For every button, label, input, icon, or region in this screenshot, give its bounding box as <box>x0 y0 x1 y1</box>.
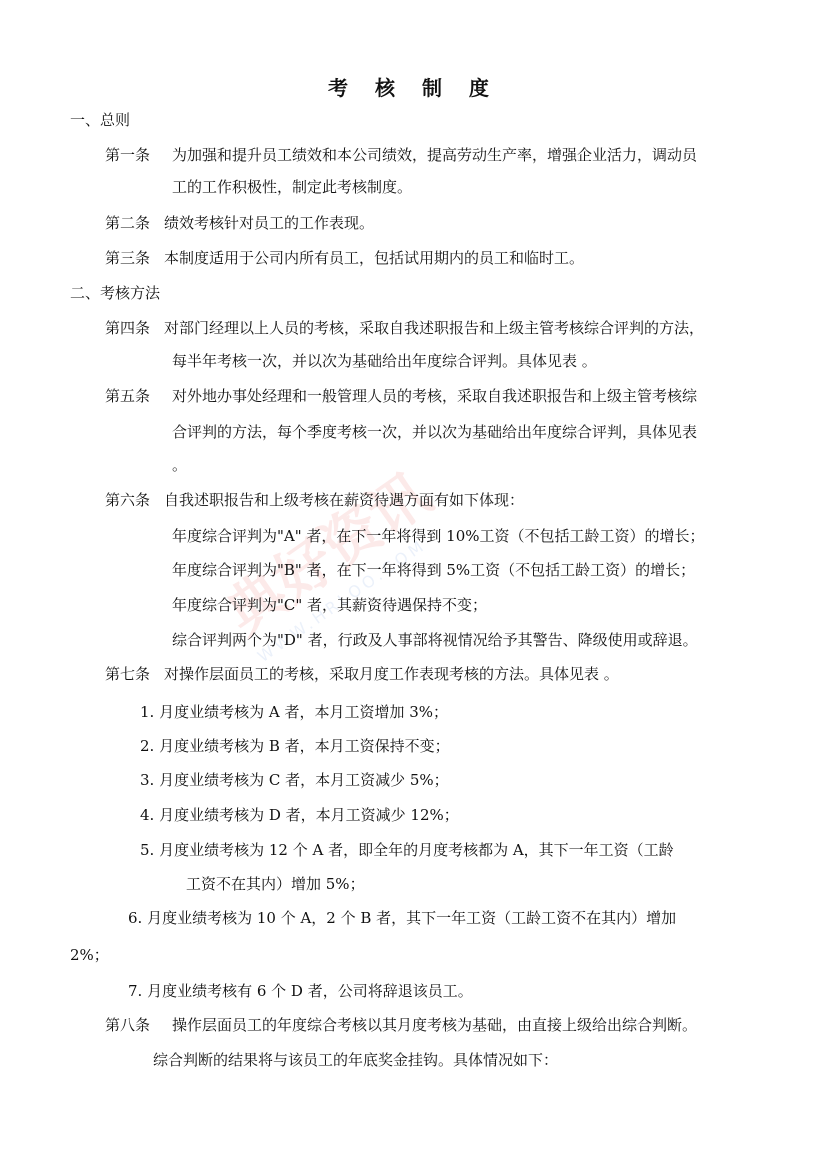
article-label-7: 第七条 <box>105 664 150 684</box>
article-6-item-d: 综合评判两个为"D" 者，行政及人事部将视情况给予其警告、降级使用或辞退。 <box>172 630 698 650</box>
section-heading-methods: 二、考核方法 <box>70 283 160 303</box>
article-label-8: 第八条 <box>105 1015 150 1035</box>
article-1-line-2: 工的工作积极性，制定此考核制度。 <box>172 177 412 197</box>
article-4-line-2: 每半年考核一次，并以次为基础给出年度综合评判。具体见表 。 <box>172 351 597 371</box>
article-8-line-2: 综合判断的结果将与该员工的年底奖金挂钩。具体情况如下： <box>153 1050 558 1070</box>
article-7-item-2: 2. 月度业绩考核为 B 者，本月工资保持不变； <box>140 736 450 756</box>
article-label-3: 第三条 <box>105 248 150 268</box>
article-8-line-1: 操作层面员工的年度综合考核以其月度考核为基础，由直接上级给出综合判断。 <box>172 1015 697 1035</box>
article-6-item-c: 年度综合评判为"C" 者，其薪资待遇保持不变； <box>172 595 487 615</box>
article-5-line-2: 合评判的方法，每个季度考核一次，并以次为基础给出年度综合评判，具体见表 <box>172 422 697 442</box>
article-7-item-6: 6. 月度业绩考核为 10 个 A，2 个 B 者，其下一年工资（工龄工资不在其… <box>128 908 676 928</box>
article-5-line-1: 对外地办事处经理和一般管理人员的考核，采取自我述职报告和上级主管考核综 <box>172 386 697 406</box>
article-label-4: 第四条 <box>105 318 150 338</box>
article-7-item-7: 7. 月度业绩考核有 6 个 D 者，公司将辞退该员工。 <box>128 981 473 1001</box>
article-3-line-1: 本制度适用于公司内所有员工，包括试用期内的员工和临时工。 <box>164 248 584 268</box>
document-page: 典好资讯 WWW.HRLOO.COM 考 核 制 度 一、总则 第一条 为加强和… <box>0 0 827 1169</box>
article-label-1: 第一条 <box>105 145 150 165</box>
article-label-6: 第六条 <box>105 490 150 510</box>
article-label-2: 第二条 <box>105 213 150 233</box>
article-label-5: 第五条 <box>105 386 150 406</box>
article-7-item-5-cont: 工资不在其内）增加 5%； <box>186 874 365 894</box>
article-6-item-b: 年度综合评判为"B" 者，在下一年将得到 5%工资（不包括工龄工资）的增长； <box>172 560 695 580</box>
article-5-line-3: 。 <box>172 455 187 475</box>
article-7-item-5: 5. 月度业绩考核为 12 个 A 者，即全年的月度考核都为 A，其下一年工资（… <box>140 840 674 860</box>
article-6-line-1: 自我述职报告和上级考核在薪资待遇方面有如下体现： <box>164 490 524 510</box>
article-7-item-6-cont: 2%； <box>70 945 109 965</box>
article-6-item-a: 年度综合评判为"A" 者，在下一年将得到 10%工资（不包括工龄工资）的增长； <box>172 526 705 546</box>
document-title: 考 核 制 度 <box>0 72 827 101</box>
article-7-item-4: 4. 月度业绩考核为 D 者，本月工资减少 12%； <box>140 805 459 825</box>
article-4-line-1: 对部门经理以上人员的考核，采取自我述职报告和上级主管考核综合评判的方法， <box>164 318 704 338</box>
article-2-line-1: 绩效考核针对员工的工作表现。 <box>164 213 374 233</box>
article-7-item-1: 1. 月度业绩考核为 A 者，本月工资增加 3%； <box>140 702 448 722</box>
article-1-line-1: 为加强和提升员工绩效和本公司绩效，提高劳动生产率，增强企业活力，调动员 <box>172 145 697 165</box>
article-7-line-1: 对操作层面员工的考核，采取月度工作表现考核的方法。具体见表 。 <box>164 664 619 684</box>
section-heading-general: 一、总则 <box>70 110 130 130</box>
article-7-item-3: 3. 月度业绩考核为 C 者，本月工资减少 5%； <box>140 770 449 790</box>
